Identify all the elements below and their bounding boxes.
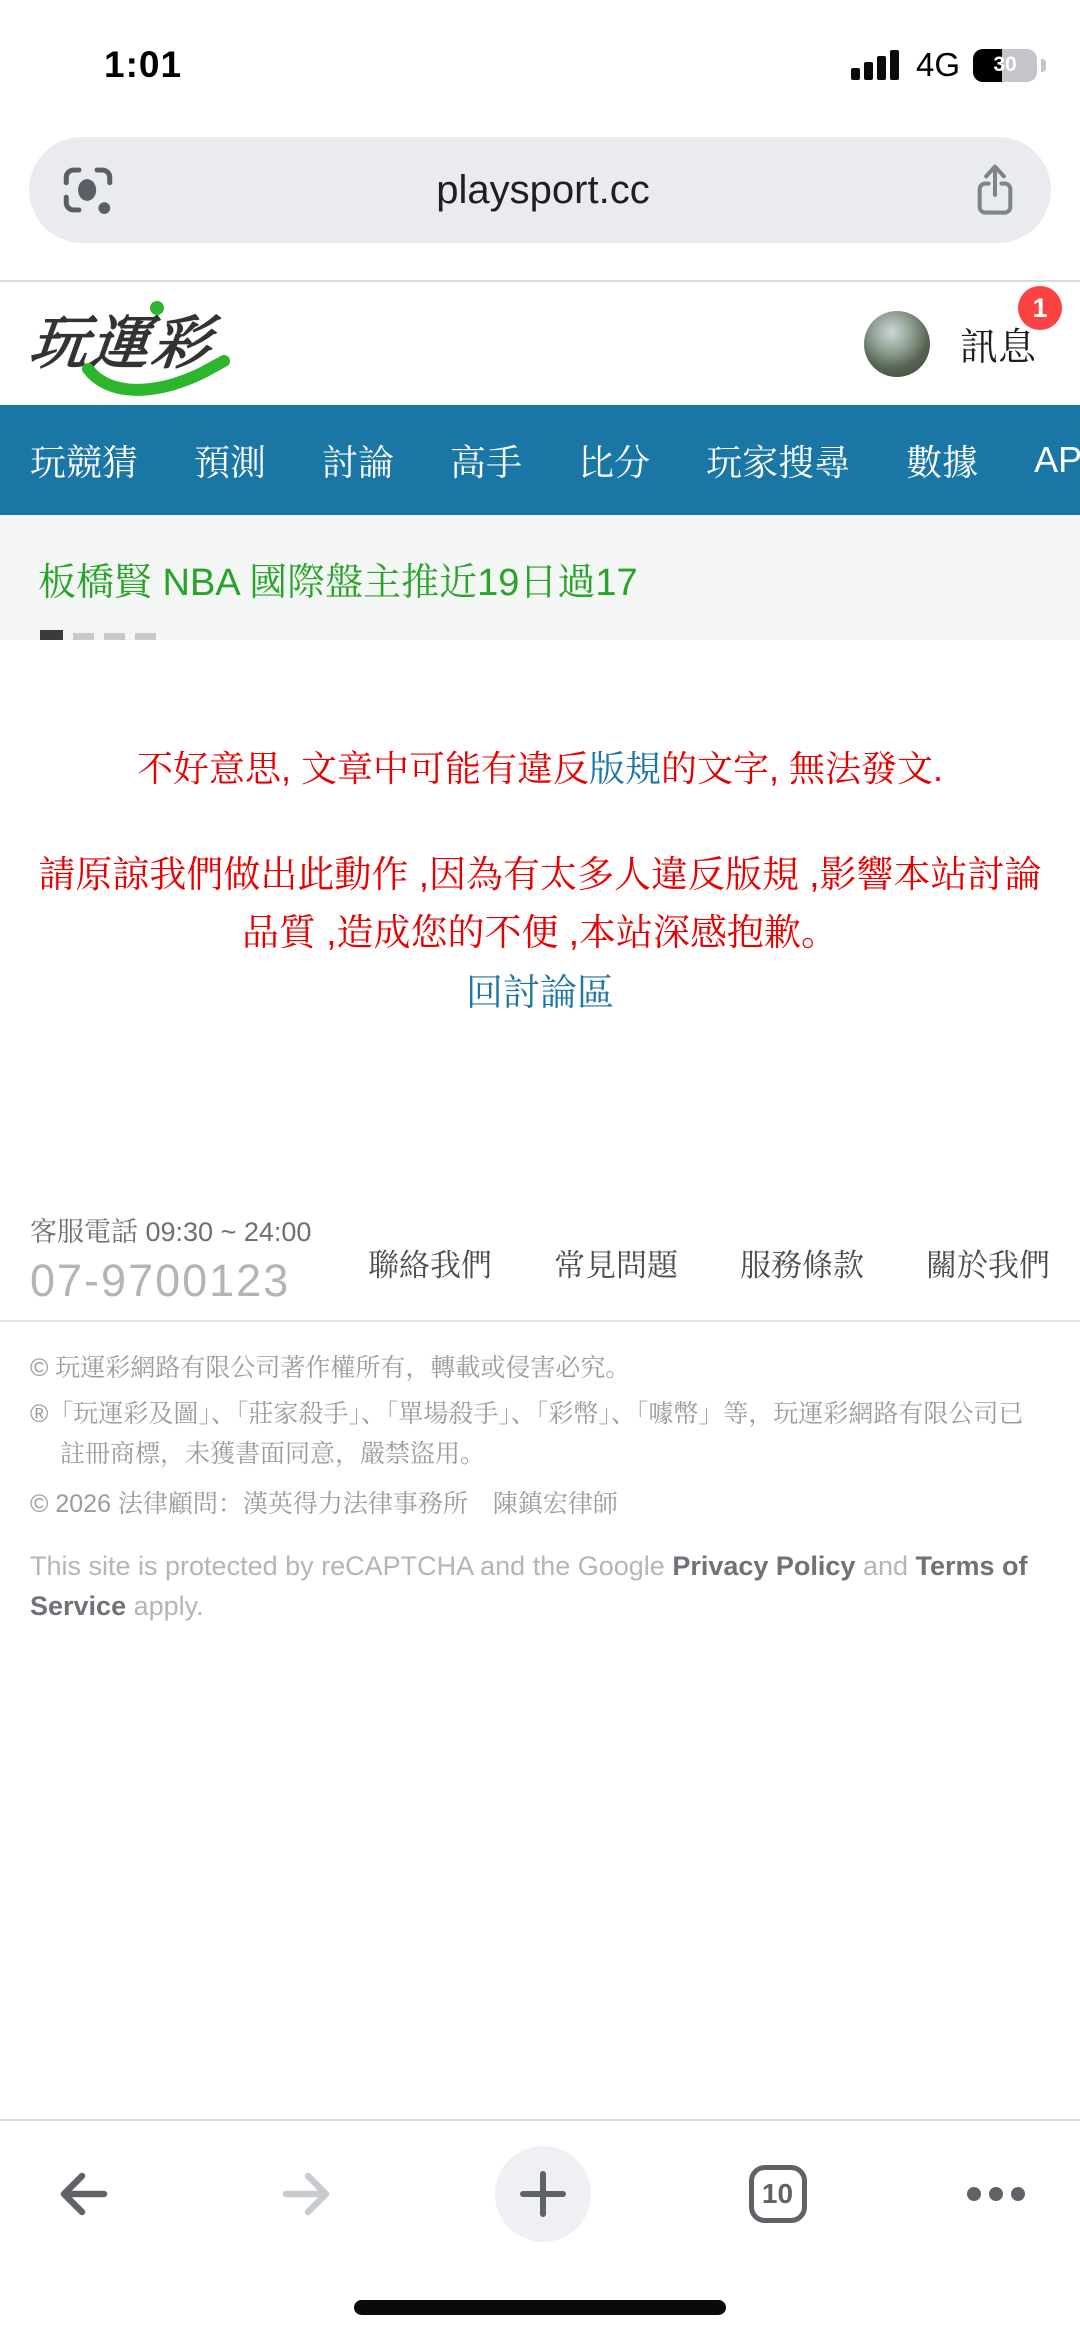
- clock: 1:01: [104, 44, 182, 86]
- rejection-text-pre: 不好意思, 文章中可能有違反: [137, 748, 589, 789]
- nav-item-forum[interactable]: 討論: [322, 435, 394, 486]
- promo-banner: 板橋賢 NBA 國際盤主推近19日過17: [0, 515, 1080, 640]
- more-menu-button[interactable]: [964, 2184, 1028, 2204]
- plus-icon: [517, 2168, 569, 2220]
- network-type-label: 4G: [916, 46, 960, 84]
- site-header: 玩運彩 訊息 1: [0, 282, 1080, 405]
- nav-item-scores[interactable]: 比分: [578, 435, 650, 486]
- footer-link-faq[interactable]: 常見問題: [554, 1240, 678, 1285]
- recaptcha-notice: This site is protected by reCAPTCHA and …: [30, 1546, 1050, 1626]
- toolbar-buttons: 10: [0, 2139, 1080, 2249]
- carousel-pager: [40, 630, 156, 640]
- back-icon: [52, 2162, 116, 2226]
- recaptcha-text: This site is protected by reCAPTCHA and …: [30, 1551, 672, 1581]
- forward-icon: [274, 2162, 338, 2226]
- signal-icon: [851, 48, 903, 82]
- promo-headline-link[interactable]: 板橋賢 NBA 國際盤主推近19日過17: [38, 551, 1080, 606]
- notification-badge: 1: [1018, 286, 1062, 330]
- site-footer: 客服電話 09:30 ~ 24:00 07-9700123 聯絡我們 常見問題 …: [0, 1188, 1080, 1626]
- url-text[interactable]: playsport.cc: [117, 168, 969, 213]
- rejection-text-post: 的文字, 無法發文.: [661, 748, 943, 789]
- tab-switcher-button[interactable]: 10: [749, 2165, 807, 2223]
- home-indicator[interactable]: [354, 2300, 726, 2315]
- back-button[interactable]: [52, 2162, 116, 2226]
- legal-counsel-line: © 2026 法律顧問：漢英得力法律事務所 陳鎮宏律師: [30, 1484, 1050, 1524]
- privacy-policy-link[interactable]: Privacy Policy: [672, 1551, 855, 1581]
- carousel-dot[interactable]: [73, 633, 94, 640]
- copyright-line: © 玩運彩網路有限公司著作權所有，轉載或侵害必究。: [30, 1348, 1050, 1388]
- nav-item-play-quiz[interactable]: 玩競猜: [30, 435, 138, 486]
- messages-link[interactable]: 訊息 1: [960, 316, 1036, 371]
- nav-item-player-search[interactable]: 玩家搜尋: [706, 435, 850, 486]
- header-right: 訊息 1: [864, 311, 1050, 377]
- nav-item-data[interactable]: 數據: [906, 435, 978, 486]
- url-bar[interactable]: playsport.cc: [29, 137, 1051, 243]
- status-icons: 4G 30: [851, 46, 1046, 84]
- footer-link-about[interactable]: 關於我們: [926, 1240, 1050, 1285]
- new-tab-button[interactable]: [495, 2146, 591, 2242]
- footer-top: 客服電話 09:30 ~ 24:00 07-9700123 聯絡我們 常見問題 …: [0, 1188, 1080, 1322]
- battery-icon: 30: [973, 49, 1037, 82]
- nav-item-app[interactable]: APP: [1034, 439, 1080, 481]
- messages-label: 訊息: [960, 327, 1036, 369]
- recaptcha-text: and: [855, 1551, 915, 1581]
- more-dots-icon: [964, 2184, 1028, 2204]
- back-to-forum-link[interactable]: 回討論區: [466, 964, 614, 1022]
- battery-nub: [1041, 59, 1046, 72]
- carousel-dot[interactable]: [104, 633, 125, 640]
- logo-swoosh: [82, 355, 232, 397]
- service-phone: 07-9700123: [30, 1255, 311, 1307]
- nav-item-predictions[interactable]: 預測: [194, 435, 266, 486]
- tab-count: 10: [762, 2178, 793, 2210]
- footer-links: 聯絡我們 常見問題 服務條款 關於我們: [368, 1210, 1050, 1320]
- rules-link[interactable]: 版規: [589, 748, 661, 789]
- playsport-logo[interactable]: 玩運彩: [30, 299, 260, 389]
- nav-item-experts[interactable]: 高手: [450, 435, 522, 486]
- battery-percent: 30: [973, 49, 1037, 82]
- browser-toolbar: playsport.cc: [0, 100, 1080, 282]
- apology-message: 請原諒我們做出此動作 ,因為有太多人違反版規 ,影響本站討論品質 ,造成您的不便…: [34, 846, 1046, 962]
- main-nav: 玩競猜 預測 討論 高手 比分 玩家搜尋 數據 APP: [0, 405, 1080, 515]
- service-hours: 客服電話 09:30 ~ 24:00: [30, 1210, 311, 1249]
- lens-camera-icon[interactable]: [59, 161, 117, 219]
- browser-bottom-toolbar: 10: [0, 2119, 1080, 2337]
- recaptcha-text: apply.: [126, 1591, 204, 1621]
- share-icon[interactable]: [969, 161, 1021, 219]
- notice-area: 不好意思, 文章中可能有違反版規的文字, 無法發文. 請原諒我們做出此動作 ,因…: [0, 640, 1080, 1022]
- legal-block: © 玩運彩網路有限公司著作權所有，轉載或侵害必究。 ®「玩運彩及圖」、「莊家殺手…: [0, 1322, 1080, 1626]
- phone-screen: 1:01 4G 30: [0, 0, 1080, 2337]
- avatar[interactable]: [864, 311, 930, 377]
- footer-link-contact[interactable]: 聯絡我們: [368, 1240, 492, 1285]
- footer-link-terms[interactable]: 服務條款: [740, 1240, 864, 1285]
- service-contact: 客服電話 09:30 ~ 24:00 07-9700123: [30, 1210, 311, 1320]
- trademark-line: ®「玩運彩及圖」、「莊家殺手」、「單場殺手」、「彩幣」、「噱幣」等，玩運彩網路有…: [30, 1394, 1044, 1474]
- carousel-dot[interactable]: [40, 630, 63, 640]
- rejection-message: 不好意思, 文章中可能有違反版規的文字, 無法發文.: [0, 640, 1080, 792]
- status-bar: 1:01 4G 30: [0, 0, 1080, 100]
- logo-green-dot: [150, 301, 164, 315]
- carousel-dot[interactable]: [135, 633, 156, 640]
- forward-button[interactable]: [274, 2162, 338, 2226]
